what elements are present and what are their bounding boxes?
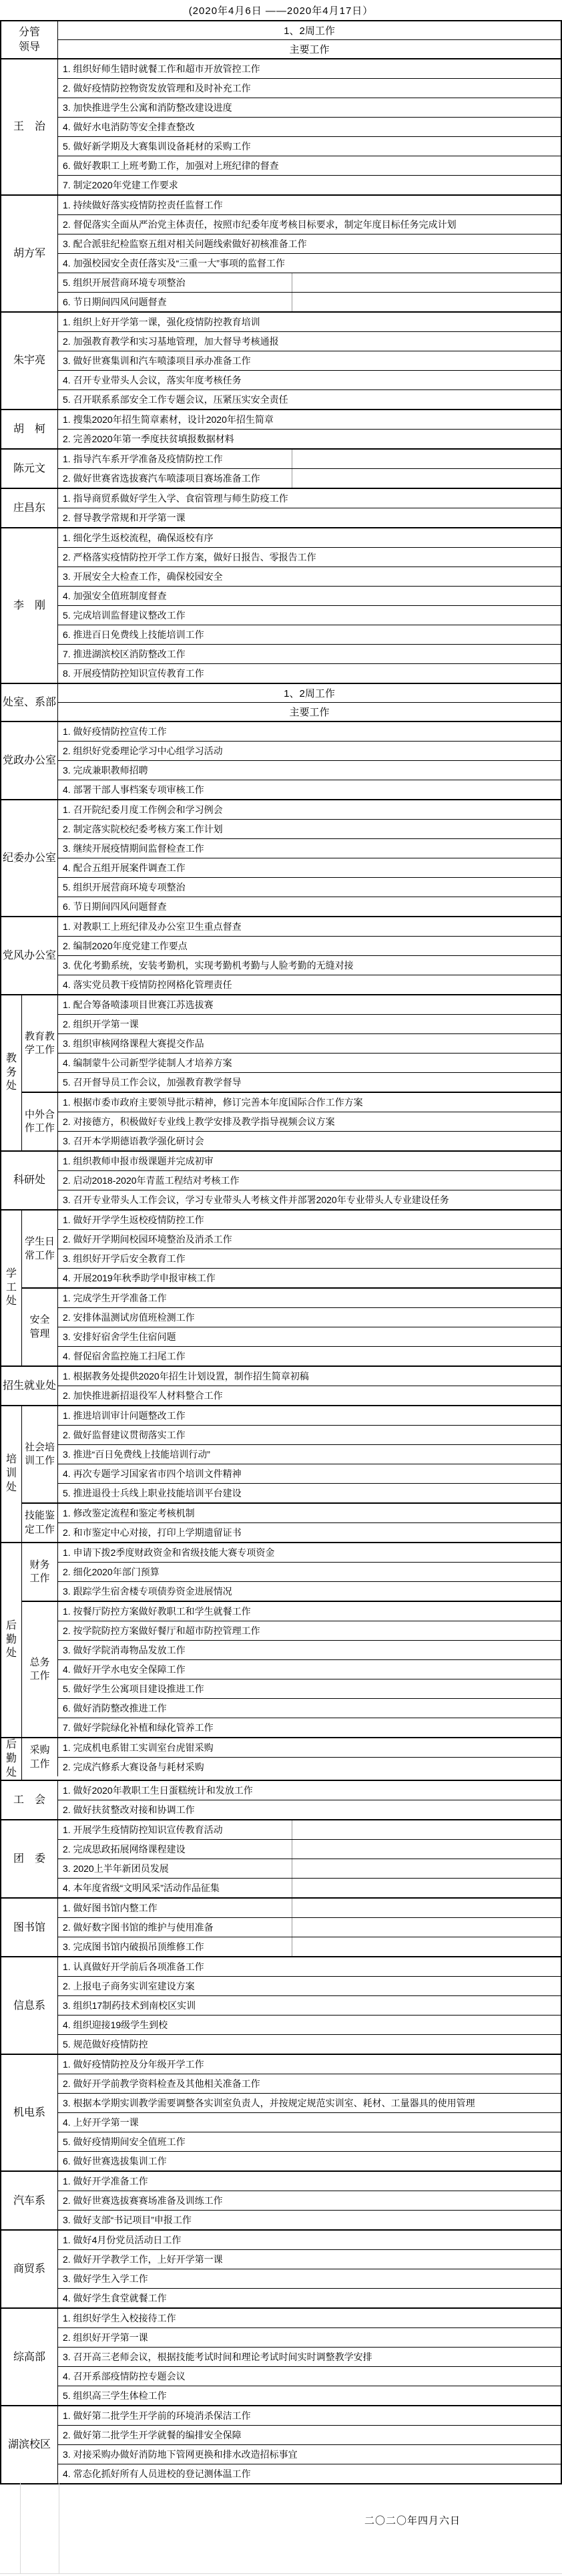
task-row: 3. 召开专业带头人工作会议，学习专业带头人考核文件并部署2020年专业带头人专… xyxy=(58,1190,561,1209)
task-row: 2. 加强教育教学和实习基地管理，加大督导考核通报 xyxy=(58,331,561,351)
task-row: 4. 督促宿舍监控施工扫尾工作 xyxy=(58,1346,561,1365)
group-row: 招生就业处1. 根据教务处提供2020年招生计划设置，制作招生简章初稿2. 加快… xyxy=(1,1365,561,1405)
group-label: 党政办公室 xyxy=(1,722,58,799)
task-row: 6. 推进百日免费线上技能培训工作 xyxy=(58,625,561,644)
task-row: 1. 细化学生返校流程，确保返校有序 xyxy=(58,528,561,547)
section-header: 处室、系部1、2周工作主要工作 xyxy=(1,683,561,721)
header-mainwork-label: 主要工作 xyxy=(58,39,561,58)
task-row: 2. 做好开学教学工作，上好开学第一课 xyxy=(58,2249,561,2269)
group-row: 信息系1. 认真做好开学前后各项准备工作2. 上报电子商务实训室建设方案3. 组… xyxy=(1,1956,561,2054)
task-row: 2. 加快推进新招退役军人材料整合工作 xyxy=(58,1386,561,1405)
task-row: 4. 部署干部人事档案专项审核工作 xyxy=(58,780,561,799)
task-row: 3. 开展安全大检查工作，确保校园安全 xyxy=(58,567,561,586)
group-label: 后 勤 处 xyxy=(1,1543,22,1737)
task-row: 1. 对教职工上班纪律及办公室卫生重点督查 xyxy=(58,917,561,936)
task-row: 4. 加强安全值班制度督查 xyxy=(58,586,561,605)
task-row: 5. 组织开展营商环境专项整治 xyxy=(58,273,561,292)
task-list: 1. 做好开学学生返校疫情防控工作2. 做好开学期间校园环境整治及消杀工作3. … xyxy=(58,1211,561,1287)
task-row: 1. 组织教师申报市级课题并完成初审 xyxy=(58,1152,561,1170)
task-row: 5. 做好学生公寓项目建设推进工作 xyxy=(58,1679,561,1698)
task-row: 4. 落实党员教干疫情防控网格化管理责任 xyxy=(58,975,561,994)
task-row: 1. 做好图书馆内整工作 xyxy=(58,1899,561,1917)
group-label: 纪委办公室 xyxy=(1,800,58,916)
task-list: 1. 申请下拨2季度财政资金和省级技能大赛专项资金2. 细化2020年部门预算3… xyxy=(58,1543,561,1601)
group-label: 庄昌东 xyxy=(1,489,58,527)
group-row: 胡方军1. 持续做好落实疫情防控责任监督工作2. 督促落实全面从严治党主体责任，… xyxy=(1,194,561,311)
group-row: 纪委办公室1. 召开院纪委月度工作例会和学习例会2. 制定落实院校纪委考核方案工… xyxy=(1,799,561,916)
task-row: 1. 召开院纪委月度工作例会和学习例会 xyxy=(58,800,561,819)
task-row: 2. 做好第二批学生开学就餐的编排安全保障 xyxy=(58,2425,561,2444)
task-list: 1. 细化学生返校流程，确保返校有序2. 严格落实疫情防控开学工作方案，做好日报… xyxy=(58,528,561,683)
group-row: 团 委1. 开展学生疫情防控知识宣传教育活动2. 完成思政拓展网络课程建设3. … xyxy=(1,1819,561,1897)
task-row: 1. 持续做好落实疫情防控责任监督工作 xyxy=(58,196,561,214)
task-row: 1. 根据市委市政府主要领导批示精神，修订完善本年度国际合作工作方案 xyxy=(58,1093,561,1112)
task-row: 3. 做好世赛集训和汽车喷漆项目承办准备工作 xyxy=(58,351,561,370)
task-row: 1. 组织上好开学第一课，强化疫情防控教育培训 xyxy=(58,313,561,331)
header-right: 1、2周工作主要工作 xyxy=(58,684,561,721)
task-list: 1. 搜集2020年招生简章素材，设计2020年招生简章2. 完善2020年第一… xyxy=(58,410,561,448)
subgroup-label: 社会培 训工作 xyxy=(22,1406,58,1502)
task-row: 6. 做好世赛选拔集训工作 xyxy=(58,2151,561,2170)
group-row: 后 勤 处财务 工作1. 申请下拨2季度财政资金和省级技能大赛专项资金2. 细化… xyxy=(1,1542,561,1737)
group-label: 招生就业处 xyxy=(1,1367,58,1405)
task-row: 2. 完成思政拓展网络课程建设 xyxy=(58,1839,561,1859)
header-right: 1、2周工作主要工作 xyxy=(58,21,561,58)
task-row: 1. 做好疫情防控宣传工作 xyxy=(58,722,561,741)
task-row: 1. 完成机电系钳工实训室台虎钳采购 xyxy=(58,1738,561,1757)
task-row: 2. 细化2020年部门预算 xyxy=(58,1562,561,1581)
task-row: 2. 做好开学前教学资料检查及其他相关准备工作 xyxy=(58,2074,561,2093)
task-row: 2. 督促落实全面从严治党主体责任，按照市纪委年度考核目标要求，制定年度目标任务… xyxy=(58,214,561,234)
task-row: 3. 安排好宿舍学生住宿问题 xyxy=(58,1327,561,1346)
subgroup-label: 中外合 作工作 xyxy=(22,1093,58,1150)
subgroup-row: 总务 工作1. 按餐厅防控方案做好教职工和学生就餐工作2. 按学院防控方案做好餐… xyxy=(22,1601,561,1737)
task-row: 5. 召开联系系部安全工作专题会议，压紧压实安全责任 xyxy=(58,389,561,409)
task-row: 2. 做好开学期间校园环境整治及消杀工作 xyxy=(58,1229,561,1249)
task-list: 1. 组织上好开学第一课，强化疫情防控教育培训2. 加强教育教学和实习基地管理，… xyxy=(58,313,561,409)
task-row: 2. 启动2018-2020年青蓝工程结对考核工作 xyxy=(58,1170,561,1190)
group-row: 工 会1. 做好2020年教职工生日蛋糕统计和发放工作2. 做好扶贫整改对接和协… xyxy=(1,1780,561,1819)
task-row: 3. 组织审核网络课程大赛提交作品 xyxy=(58,1033,561,1053)
header-week-label: 1、2周工作 xyxy=(58,684,561,702)
task-row: 4. 做好水电消防等安全排查整改 xyxy=(58,117,561,136)
group-row: 庄昌东1. 指导商贸系做好学生入学、食宿管理与师生防疫工作2. 督导教学常规和开… xyxy=(1,488,561,527)
group-row: 胡 柯1. 搜集2020年招生简章素材，设计2020年招生简章2. 完善2020… xyxy=(1,409,561,448)
task-row: 2. 按学院防控方案做好餐厅和超市防控管理工作 xyxy=(58,1621,561,1640)
task-row: 1. 做好第二批学生开学前的环境消杀保洁工作 xyxy=(58,2406,561,2425)
task-row: 3. 完成兼职教师招聘 xyxy=(58,760,561,780)
task-row: 4. 开展2019年秋季助学申报审核工作 xyxy=(58,1268,561,1287)
work-plan-table: 分管 领导1、2周工作主要工作王 治1. 组织好师生错时就餐工作和超市开放管控工… xyxy=(0,20,562,2484)
task-row: 3. 加快推进学生公寓和消防整改建设进度 xyxy=(58,98,561,117)
task-row: 5. 做好新学期及大赛集训设备耗材的采购工作 xyxy=(58,136,561,156)
subgroup-row: 学生日 常工作1. 做好开学学生返校疫情防控工作2. 做好开学期间校园环境整治及… xyxy=(22,1211,561,1287)
group-label: 学 工 处 xyxy=(1,1211,22,1365)
task-list: 1. 指导汽车系开学准备及疫情防控工作2. 做好世赛省选拔赛汽车喷漆项目赛场准备… xyxy=(58,450,561,488)
task-row: 2. 严格落实疫情防控开学工作方案，做好日报告、零报告工作 xyxy=(58,547,561,567)
task-row: 5. 推进退役士兵线上职业技能培训平台建设 xyxy=(58,1483,561,1502)
task-row: 3. 召开本学期德语教学强化研讨会 xyxy=(58,1131,561,1150)
task-list: 1. 做好4月份党员活动日工作2. 做好开学教学工作，上好开学第一课3. 做好学… xyxy=(58,2231,561,2307)
group-label: 党风办公室 xyxy=(1,917,58,994)
task-row: 1. 搜集2020年招生简章素材，设计2020年招生简章 xyxy=(58,410,561,429)
subgroup-row: 安全 管理1. 完成学生开学准备工作2. 安排体温测试房值班检测工作3. 安排好… xyxy=(22,1287,561,1365)
task-row: 3. 完成图书馆内破损吊顶维修工作 xyxy=(58,1937,561,1956)
task-list: 1. 召开院纪委月度工作例会和学习例会2. 制定落实院校纪委考核方案工作计划3.… xyxy=(58,800,561,916)
subgroup-column: 学生日 常工作1. 做好开学学生返校疫情防控工作2. 做好开学期间校园环境整治及… xyxy=(22,1211,561,1365)
task-row: 2. 上报电子商务实训室建设方案 xyxy=(58,1976,561,1995)
subgroup-row: 采购 工作1. 完成机电系钳工实训室台虎钳采购2. 完成汽修系大赛设备与耗材采购 xyxy=(22,1738,561,1776)
task-row: 2. 组织好党委理论学习中心组学习活动 xyxy=(58,741,561,760)
group-row: 科研处1. 组织教师申报市级课题并完成初审2. 启动2018-2020年青蓝工程… xyxy=(1,1150,561,1209)
task-row: 1. 指导汽车系开学准备及疫情防控工作 xyxy=(58,450,561,468)
work-plan-page: (2020年4月6日 ——2020年4月17日） 分管 领导1、2周工作主要工作… xyxy=(0,0,562,2576)
task-row: 3. 做好支部“书记项目”申报工作 xyxy=(58,2210,561,2229)
task-row: 3. 2020上半年新团员发展 xyxy=(58,1859,561,1878)
group-label: 培 训 处 xyxy=(1,1406,22,1542)
task-row: 5. 召开督导员工作会议，加强教育教学督导 xyxy=(58,1072,561,1092)
task-row: 2. 做好世赛省选拔赛汽车喷漆项目赛场准备工作 xyxy=(58,468,561,488)
task-list: 1. 指导商贸系做好学生入学、食宿管理与师生防疫工作2. 督导教学常规和开学第一… xyxy=(58,489,561,527)
subgroup-column: 采购 工作1. 完成机电系钳工实训室台虎钳采购2. 完成汽修系大赛设备与耗材采购 xyxy=(22,1738,561,1780)
task-list: 1. 配合筹备喷漆项目世赛江苏选拔赛2. 组织开学第一课3. 组织审核网络课程大… xyxy=(58,995,561,1092)
task-row: 2. 做好扶贫整改对接和协调工作 xyxy=(58,1800,561,1819)
task-row: 1. 做好4月份党员活动日工作 xyxy=(58,2231,561,2249)
header-column-label: 处室、系部 xyxy=(1,684,58,721)
task-list: 1. 做好2020年教职工生日蛋糕统计和发放工作2. 做好扶贫整改对接和协调工作 xyxy=(58,1781,561,1819)
group-label: 综高部 xyxy=(1,2309,58,2405)
group-row: 商贸系1. 做好4月份党员活动日工作2. 做好开学教学工作，上好开学第一课3. … xyxy=(1,2229,561,2307)
subgroup-label: 学生日 常工作 xyxy=(22,1211,58,1287)
task-row: 2. 组织开学第一课 xyxy=(58,1014,561,1033)
task-row: 2. 完成汽修系大赛设备与耗材采购 xyxy=(58,1757,561,1776)
task-list: 1. 做好第二批学生开学前的环境消杀保洁工作2. 做好第二批学生开学就餐的编排安… xyxy=(58,2406,561,2483)
group-row: 机电系1. 做好疫情防控及分年级开学工作2. 做好开学前教学资料检查及其他相关准… xyxy=(1,2054,561,2170)
header-column-label: 分管 领导 xyxy=(1,21,58,58)
task-row: 2. 安排体温测试房值班检测工作 xyxy=(58,1307,561,1327)
task-row: 2. 督导教学常规和开学第一课 xyxy=(58,508,561,527)
gridline-artifact-vertical-1 xyxy=(20,2482,21,2573)
page-title: (2020年4月6日 ——2020年4月17日） xyxy=(0,0,562,20)
task-row: 1. 推进培训审计问题整改工作 xyxy=(58,1406,561,1425)
group-row: 党风办公室1. 对教职工上班纪律及办公室卫生重点督查2. 编制2020年度党建工… xyxy=(1,916,561,994)
task-list: 1. 修改鉴定流程和鉴定考核机制2. 和市鉴定中心对接，打印上学期遗留证书 xyxy=(58,1504,561,1542)
task-row: 4. 上好开学第一课 xyxy=(58,2112,561,2132)
task-row: 1. 认真做好开学前后各项准备工作 xyxy=(58,1957,561,1976)
task-row: 1. 开展学生疫情防控知识宣传教育活动 xyxy=(58,1820,561,1839)
task-list: 1. 对教职工上班纪律及办公室卫生重点督查2. 编制2020年度党建工作要点3.… xyxy=(58,917,561,994)
group-label: 汽车系 xyxy=(1,2172,58,2229)
group-row: 综高部1. 组织好学生入校接待工作2. 组织好开学第一课3. 召开高三老师会议，… xyxy=(1,2307,561,2405)
task-list: 1. 组织教师申报市级课题并完成初审2. 启动2018-2020年青蓝工程结对考… xyxy=(58,1152,561,1209)
task-row: 6. 做好消防整改推进工作 xyxy=(58,1698,561,1718)
task-list: 1. 根据教务处提供2020年招生计划设置，制作招生简章初稿2. 加快推进新招退… xyxy=(58,1367,561,1405)
group-label: 胡 柯 xyxy=(1,410,58,448)
task-row: 3. 优化考勤系统，安装考勤机，实现考勤机考勤与人脸考勤的无缝对接 xyxy=(58,955,561,975)
task-row: 3. 继续开展疫情期间监督检查工作 xyxy=(58,838,561,858)
task-row: 2. 做好世赛选拔赛赛场准备及训练工作 xyxy=(58,2191,561,2210)
subgroup-label: 安全 管理 xyxy=(22,1289,58,1365)
group-row: 湖滨校区1. 做好第二批学生开学前的环境消杀保洁工作2. 做好第二批学生开学就餐… xyxy=(1,2405,561,2483)
task-row: 2. 制定落实院校纪委考核方案工作计划 xyxy=(58,819,561,838)
task-row: 7. 制定2020年党建工作要求 xyxy=(58,175,561,194)
group-label: 湖滨校区 xyxy=(1,2406,58,2483)
task-list: 1. 完成机电系钳工实训室台虎钳采购2. 完成汽修系大赛设备与耗材采购 xyxy=(58,1738,561,1776)
group-label: 朱宇亮 xyxy=(1,313,58,409)
task-row: 2. 做好监督建议贯彻落实工作 xyxy=(58,1425,561,1444)
subgroup-label: 财务 工作 xyxy=(22,1543,58,1601)
group-label: 陈元文 xyxy=(1,450,58,488)
task-row: 5. 组织开展营商环境专项整治 xyxy=(58,877,561,897)
task-row: 3. 组织17制药技术到南校区实训 xyxy=(58,1995,561,2015)
gridline-artifact-bottom xyxy=(0,2573,562,2574)
task-row: 1. 完成学生开学准备工作 xyxy=(58,1289,561,1307)
task-row: 1. 根据教务处提供2020年招生计划设置，制作招生简章初稿 xyxy=(58,1367,561,1386)
subgroup-column: 社会培 训工作1. 推进培训审计问题整改工作2. 做好监督建议贯彻落实工作3. … xyxy=(22,1406,561,1542)
group-row: 李 刚1. 细化学生返校流程，确保返校有序2. 严格落实疫情防控开学工作方案，做… xyxy=(1,527,561,683)
task-row: 3. 做好学院消毒物品发放工作 xyxy=(58,1640,561,1659)
task-list: 1. 组织好学生入校接待工作2. 组织好开学第一课3. 召开高三老师会议，根据技… xyxy=(58,2309,561,2405)
header-week-label: 1、2周工作 xyxy=(58,21,561,39)
task-row: 4. 本年度省级“文明风采”活动作品征集 xyxy=(58,1878,561,1897)
task-row: 2. 做好疫情防控物资发放管理和及时补充工作 xyxy=(58,78,561,98)
group-label: 机电系 xyxy=(1,2055,58,2170)
group-row: 党政办公室1. 做好疫情防控宣传工作2. 组织好党委理论学习中心组学习活动3. … xyxy=(1,721,561,799)
subgroup-label: 教育教 学工作 xyxy=(22,995,58,1092)
task-row: 7. 做好学院绿化补植和绿化管养工作 xyxy=(58,1718,561,1737)
task-list: 1. 认真做好开学前后各项准备工作2. 上报电子商务实训室建设方案3. 组织17… xyxy=(58,1957,561,2054)
task-row: 3. 对接采购办做好消防地下管网更换和排水改造招标事宜 xyxy=(58,2444,561,2464)
task-row: 4. 召开专业带头人会议，落实年度考核任务 xyxy=(58,370,561,389)
task-list: 1. 做好疫情防控宣传工作2. 组织好党委理论学习中心组学习活动3. 完成兼职教… xyxy=(58,722,561,799)
group-row: 教 务 处教育教 学工作1. 配合筹备喷漆项目世赛江苏选拔赛2. 组织开学第一课… xyxy=(1,994,561,1150)
task-row: 8. 开展疫情防控知识宣传教育工作 xyxy=(58,663,561,683)
task-row: 1. 配合筹备喷漆项目世赛江苏选拔赛 xyxy=(58,995,561,1014)
task-row: 2. 做好数字图书馆的维护与使用准备 xyxy=(58,1917,561,1937)
group-label: 胡方军 xyxy=(1,196,58,311)
group-row: 培 训 处社会培 训工作1. 推进培训审计问题整改工作2. 做好监督建议贯彻落实… xyxy=(1,1405,561,1542)
group-row: 学 工 处学生日 常工作1. 做好开学学生返校疫情防控工作2. 做好开学期间校园… xyxy=(1,1209,561,1365)
task-row: 1. 指导商贸系做好学生入学、食宿管理与师生防疫工作 xyxy=(58,489,561,508)
task-row: 1. 申请下拨2季度财政资金和省级技能大赛专项资金 xyxy=(58,1543,561,1562)
task-row: 3. 做好学生入学工作 xyxy=(58,2269,561,2288)
group-label: 工 会 xyxy=(1,1781,58,1819)
subgroup-row: 教育教 学工作1. 配合筹备喷漆项目世赛江苏选拔赛2. 组织开学第一课3. 组织… xyxy=(22,995,561,1092)
gridline-artifact-vertical-2 xyxy=(59,2482,59,2573)
task-row: 5. 完成培训监督建议整改工作 xyxy=(58,605,561,625)
task-row: 4. 编制蒙牛公司新型学徒制人才培养方案 xyxy=(58,1053,561,1072)
subgroup-column: 教育教 学工作1. 配合筹备喷漆项目世赛江苏选拔赛2. 组织开学第一课3. 组织… xyxy=(22,995,561,1150)
group-label: 商贸系 xyxy=(1,2231,58,2307)
task-row: 3. 跟踪学生宿舍楼专项债券资金进展情况 xyxy=(58,1581,561,1601)
task-list: 1. 做好图书馆内整工作2. 做好数字图书馆的维护与使用准备3. 完成图书馆内破… xyxy=(58,1899,561,1956)
subgroup-column: 财务 工作1. 申请下拨2季度财政资金和省级技能大赛专项资金2. 细化2020年… xyxy=(22,1543,561,1737)
task-row: 2. 组织好开学第一课 xyxy=(58,2327,561,2347)
subgroup-row: 社会培 训工作1. 推进培训审计问题整改工作2. 做好监督建议贯彻落实工作3. … xyxy=(22,1406,561,1502)
group-row: 汽车系1. 做好开学准备工作2. 做好世赛选拔赛赛场准备及训练工作3. 做好支部… xyxy=(1,2170,561,2229)
task-row: 3. 配合派驻纪检监察五组对相关问题线索做好初核准备工作 xyxy=(58,234,561,253)
task-list: 1. 完成学生开学准备工作2. 安排体温测试房值班检测工作3. 安排好宿舍学生住… xyxy=(58,1289,561,1365)
task-row: 4. 做好学生食堂就餐工作 xyxy=(58,2288,561,2307)
group-label: 科研处 xyxy=(1,1152,58,1209)
task-row: 1. 修改鉴定流程和鉴定考核机制 xyxy=(58,1504,561,1522)
group-label: 团 委 xyxy=(1,1820,58,1897)
task-row: 2. 和市鉴定中心对接，打印上学期遗留证书 xyxy=(58,1522,561,1542)
group-row: 后 勤 处采购 工作1. 完成机电系钳工实训室台虎钳采购2. 完成汽修系大赛设备… xyxy=(1,1737,561,1780)
task-row: 4. 组织迎接19级学生到校 xyxy=(58,2015,561,2034)
task-list: 1. 开展学生疫情防控知识宣传教育活动2. 完成思政拓展网络课程建设3. 202… xyxy=(58,1820,561,1897)
task-list: 1. 根据市委市政府主要领导批示精神，修订完善本年度国际合作工作方案2. 对接德… xyxy=(58,1093,561,1150)
task-row: 1. 组织好师生错时就餐工作和超市开放管控工作 xyxy=(58,59,561,78)
task-row: 2. 完善2020年第一季度扶贫填报数据材料 xyxy=(58,429,561,448)
task-row: 1. 做好2020年教职工生日蛋糕统计和发放工作 xyxy=(58,1781,561,1800)
subgroup-label: 技能鉴 定工作 xyxy=(22,1504,58,1542)
task-row: 6. 做好教职工上班考勤工作，加强对上班纪律的督查 xyxy=(58,156,561,175)
task-row: 1. 做好开学学生返校疫情防控工作 xyxy=(58,1211,561,1229)
task-row: 3. 召开高三老师会议，根据技能考试时间和理论考试时间实时调整教学安排 xyxy=(58,2347,561,2366)
task-row: 6. 节日期间四风问题督查 xyxy=(58,897,561,916)
task-list: 1. 组织好师生错时就餐工作和超市开放管控工作2. 做好疫情防控物资发放管理和及… xyxy=(58,59,561,194)
task-row: 4. 召开系部疫情防控专题会议 xyxy=(58,2366,561,2386)
task-row: 4. 再次专题学习国家省市四个培训文件精神 xyxy=(58,1464,561,1483)
group-label: 信息系 xyxy=(1,1957,58,2054)
task-row: 1. 组织好学生入校接待工作 xyxy=(58,2309,561,2327)
task-row: 4. 加强校园安全责任落实及“三重一大”事项的监督工作 xyxy=(58,253,561,273)
task-row: 3. 组织好开学后安全教育工作 xyxy=(58,1249,561,1268)
task-row: 3. 推进“百日免费线上技能培训行动” xyxy=(58,1444,561,1464)
header-mainwork-label: 主要工作 xyxy=(58,702,561,721)
task-list: 1. 持续做好落实疫情防控责任监督工作2. 督促落实全面从严治党主体责任，按照市… xyxy=(58,196,561,311)
task-list: 1. 按餐厅防控方案做好教职工和学生就餐工作2. 按学院防控方案做好餐厅和超市防… xyxy=(58,1602,561,1737)
group-label: 王 治 xyxy=(1,59,58,194)
subgroup-label: 总务 工作 xyxy=(22,1602,58,1737)
task-row: 7. 推进湖滨校区消防整改工作 xyxy=(58,644,561,663)
task-row: 5. 规范做好疫情防控 xyxy=(58,2034,561,2054)
task-row: 1. 按餐厅防控方案做好教职工和学生就餐工作 xyxy=(58,1602,561,1621)
section-header: 分管 领导1、2周工作主要工作 xyxy=(1,21,561,58)
group-label: 后 勤 处 xyxy=(1,1738,22,1780)
task-row: 2. 编制2020年度党建工作要点 xyxy=(58,936,561,955)
group-label: 教 务 处 xyxy=(1,995,22,1150)
task-row: 1. 做好开学准备工作 xyxy=(58,2172,561,2191)
group-label: 图书馆 xyxy=(1,1899,58,1956)
group-row: 图书馆1. 做好图书馆内整工作2. 做好数字图书馆的维护与使用准备3. 完成图书… xyxy=(1,1897,561,1956)
task-row: 4. 做好开学水电安全保障工作 xyxy=(58,1659,561,1679)
subgroup-label: 采购 工作 xyxy=(22,1738,58,1776)
group-row: 朱宇亮1. 组织上好开学第一课，强化疫情防控教育培训2. 加强教育教学和实习基地… xyxy=(1,311,561,409)
task-list: 1. 推进培训审计问题整改工作2. 做好监督建议贯彻落实工作3. 推进“百日免费… xyxy=(58,1406,561,1502)
subgroup-row: 技能鉴 定工作1. 修改鉴定流程和鉴定考核机制2. 和市鉴定中心对接，打印上学期… xyxy=(22,1502,561,1542)
task-row: 2. 对接德方，积极做好专业线上教学安排及教学指导视频会议方案 xyxy=(58,1112,561,1131)
task-row: 5. 组织高三学生体检工作 xyxy=(58,2386,561,2405)
group-label: 李 刚 xyxy=(1,528,58,683)
task-row: 1. 做好疫情防控及分年级开学工作 xyxy=(58,2055,561,2074)
task-row: 5. 做好疫情期间安全值班工作 xyxy=(58,2132,561,2151)
task-row: 6. 节日期间四风问题督查 xyxy=(58,292,561,311)
task-list: 1. 做好开学准备工作2. 做好世赛选拔赛赛场准备及训练工作3. 做好支部“书记… xyxy=(58,2172,561,2229)
task-row: 4. 配合五组开展案件调查工作 xyxy=(58,858,561,877)
task-list: 1. 做好疫情防控及分年级开学工作2. 做好开学前教学资料检查及其他相关准备工作… xyxy=(58,2055,561,2170)
group-row: 陈元文1. 指导汽车系开学准备及疫情防控工作2. 做好世赛省选拔赛汽车喷漆项目赛… xyxy=(1,448,561,488)
group-row: 王 治1. 组织好师生错时就餐工作和超市开放管控工作2. 做好疫情防控物资发放管… xyxy=(1,58,561,194)
task-row: 3. 根据本学期实训教学需要调整各实训室负责人，并按规定规范实训室、耗材、工量器… xyxy=(58,2093,561,2112)
task-row: 4. 常态化抓好所有人员进校的登记测体温工作 xyxy=(58,2464,561,2483)
footer-date: 二〇二〇年四月六日 xyxy=(364,2513,461,2527)
subgroup-row: 财务 工作1. 申请下拨2季度财政资金和省级技能大赛专项资金2. 细化2020年… xyxy=(22,1543,561,1601)
subgroup-row: 中外合 作工作1. 根据市委市政府主要领导批示精神，修订完善本年度国际合作工作方… xyxy=(22,1092,561,1150)
